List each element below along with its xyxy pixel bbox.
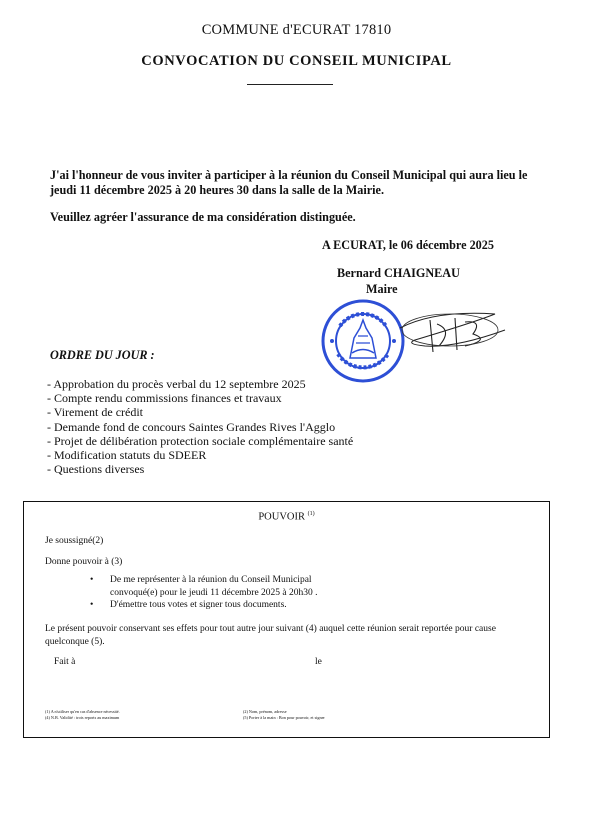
bullet-icon: •: [90, 574, 93, 587]
proxy-title: POUVOIR (1): [24, 511, 549, 523]
proxy-clause-text: De me représenter à la réunion du Consei…: [110, 574, 340, 599]
proxy-clause: • D'émettre tous votes et signer tous do…: [90, 599, 340, 612]
date-field[interactable]: le: [315, 657, 322, 667]
proxy-title-text: POUVOIR: [258, 512, 305, 523]
mayor-signature-icon: [395, 300, 515, 360]
done-at-field[interactable]: Fait à: [54, 657, 75, 667]
proxy-validity-text: Le présent pouvoir conservant ses effets…: [45, 623, 535, 648]
footnote: (4) N.B. Validité : trois reports au max…: [45, 715, 120, 721]
agenda-title: ORDRE DU JOUR :: [50, 348, 155, 363]
title-underline: [247, 84, 333, 85]
commune-header: COMMUNE d'ECURAT 17810: [0, 22, 593, 39]
signer-name: Bernard CHAIGNEAU: [337, 266, 460, 281]
proxy-clause-text: D'émettre tous votes et signer tous docu…: [110, 600, 287, 610]
footnotes-left: (1) A n'utiliser qu'en cas d'absence néc…: [45, 709, 120, 721]
agenda-item: - Compte rendu commissions finances et t…: [47, 391, 353, 405]
proxy-clause: • De me représenter à la réunion du Cons…: [90, 574, 340, 599]
bullet-icon: •: [90, 599, 93, 612]
agenda-item: - Approbation du procès verbal du 12 sep…: [47, 377, 353, 391]
proxy-clauses: • De me représenter à la réunion du Cons…: [90, 574, 340, 612]
agenda-item: - Demande fond de concours Saintes Grand…: [47, 420, 353, 434]
agenda-item: - Projet de délibération protection soci…: [47, 434, 353, 448]
proxy-title-note: (1): [308, 511, 315, 517]
mairie-stamp-icon: [320, 298, 406, 384]
place-and-date: A ECURAT, le 06 décembre 2025: [322, 238, 494, 253]
document-title: CONVOCATION DU CONSEIL MUNICIPAL: [0, 53, 593, 70]
agenda-list: - Approbation du procès verbal du 12 sep…: [47, 377, 353, 476]
proxy-form: POUVOIR (1) Je soussigné(2) Donne pouvoi…: [23, 501, 550, 738]
invitation-paragraph: J'ai l'honneur de vous inviter à partici…: [50, 168, 550, 198]
agenda-item: - Modification statuts du SDEER: [47, 448, 353, 462]
footnote: (5) Porter à la main : Bon pour pouvoir,…: [243, 715, 325, 721]
signer-role: Maire: [366, 282, 398, 297]
closing-formula: Veuillez agréer l'assurance de ma consid…: [50, 210, 356, 225]
undersigned-field[interactable]: Je soussigné(2): [45, 536, 103, 546]
agenda-item: - Questions diverses: [47, 462, 353, 476]
footnotes-right: (2) Nom, prénom, adresse (5) Porter à la…: [243, 709, 325, 721]
agenda-item: - Virement de crédit: [47, 405, 353, 419]
proxy-holder-field[interactable]: Donne pouvoir à (3): [45, 557, 122, 567]
